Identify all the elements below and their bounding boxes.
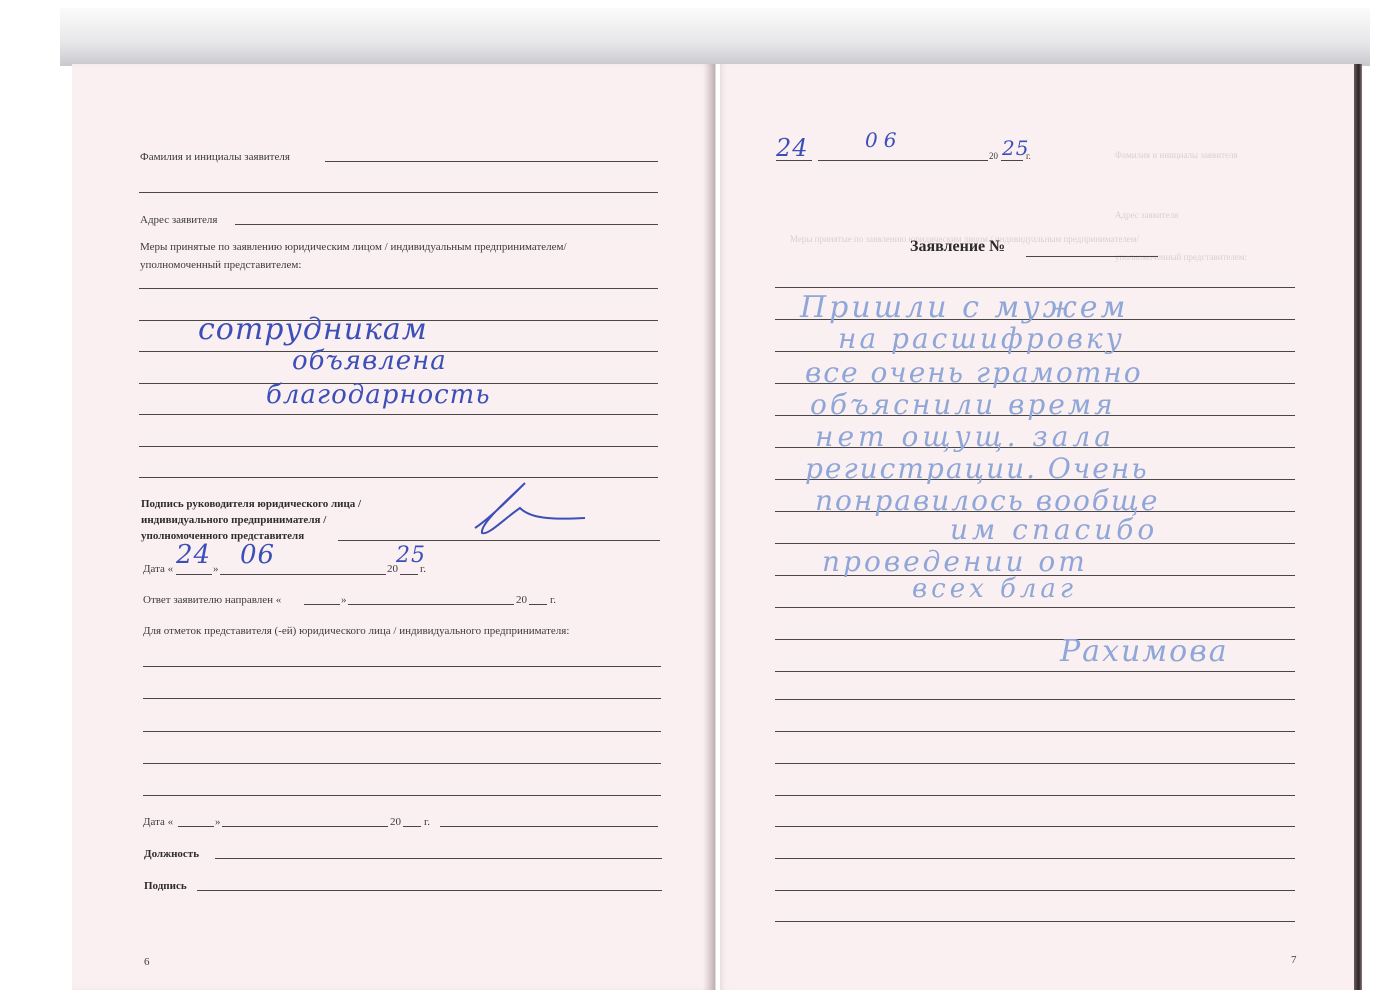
position-label: Должность <box>144 847 199 861</box>
date-month-field[interactable] <box>220 574 386 575</box>
sign-field[interactable] <box>197 890 662 891</box>
application-line[interactable] <box>775 890 1295 891</box>
date-month-handwritten: 06 <box>240 540 275 570</box>
application-handwritten-8: им спасибо <box>950 513 1158 546</box>
date-day-handwritten: 24 <box>176 540 211 570</box>
bleed-through-text: Фамилия и инициалы заявителя <box>1115 150 1238 160</box>
application-handwritten-6: регистрации. Очень <box>805 452 1149 485</box>
response-year-suffix: г. <box>550 593 556 607</box>
notes-line[interactable] <box>143 763 661 764</box>
page-number-right: 7 <box>1291 954 1297 966</box>
application-title: Заявление № <box>910 238 1005 256</box>
measures-handwritten-2: объявлена <box>292 346 447 376</box>
position-field[interactable] <box>215 858 662 859</box>
notes-line[interactable] <box>143 666 661 667</box>
right-date-year-field[interactable] <box>1001 160 1023 161</box>
applicant-name-field-line2[interactable] <box>139 192 658 193</box>
application-handwritten-5: нет ощущ. зала <box>815 420 1115 453</box>
measures-line[interactable] <box>139 446 658 447</box>
application-number-field[interactable] <box>1026 256 1158 257</box>
right-date-year-handwritten: 25 <box>1002 136 1029 160</box>
applicant-name-field[interactable] <box>325 161 658 162</box>
application-handwritten-4: объяснили время <box>810 388 1116 421</box>
response-quote: » <box>341 593 347 607</box>
application-handwritten-1: Пришли с мужем <box>800 290 1128 325</box>
right-date-day-handwritten: 24 <box>776 134 809 162</box>
date-day-field[interactable] <box>176 574 212 575</box>
response-day-field[interactable] <box>304 604 340 605</box>
right-date-month-handwritten: 06 <box>865 128 902 152</box>
scanner-background <box>60 8 1370 66</box>
application-line[interactable] <box>775 826 1295 827</box>
right-date-year-prefix: 20 <box>989 149 998 163</box>
right-date-month-field[interactable] <box>818 160 988 161</box>
measures-label-line1: Меры принятые по заявлению юридическим л… <box>140 240 567 254</box>
application-line[interactable] <box>775 671 1295 672</box>
applicant-address-field[interactable] <box>235 224 658 225</box>
date2-day-field[interactable] <box>178 826 214 827</box>
measures-handwritten-3: благодарность <box>266 380 491 410</box>
date-label: Дата « <box>143 562 173 576</box>
application-line[interactable] <box>775 699 1295 700</box>
application-line[interactable] <box>775 921 1295 922</box>
applicant-signature-handwritten: Рахимова <box>1060 634 1229 669</box>
application-line[interactable] <box>775 731 1295 732</box>
applicant-name-label: Фамилия и инициалы заявителя <box>140 150 290 164</box>
application-handwritten-10: всех благ <box>912 574 1077 604</box>
notes-line[interactable] <box>143 795 661 796</box>
date2-extra-field[interactable] <box>440 826 658 827</box>
measures-line[interactable] <box>139 288 658 289</box>
signature-label-line3: уполномоченного представителя <box>141 529 304 543</box>
signature-label-line2: индивидуального предпринимателя / <box>141 513 326 527</box>
date-quote: » <box>213 562 219 576</box>
signature-field[interactable] <box>338 540 660 541</box>
page-number-left: 6 <box>144 956 150 968</box>
measures-label-line2: уполномоченный представителем: <box>140 258 301 272</box>
date2-month-field[interactable] <box>222 826 388 827</box>
application-line[interactable] <box>775 795 1295 796</box>
signature-mark-icon <box>470 478 595 538</box>
bleed-through-text: уполномоченный представителем: <box>1115 252 1247 262</box>
application-line[interactable] <box>775 763 1295 764</box>
measures-handwritten-1: сотрудникам <box>198 312 428 347</box>
date2-year-prefix: 20 <box>390 815 401 829</box>
measures-line[interactable] <box>139 414 658 415</box>
date-year-field[interactable] <box>400 574 418 575</box>
notes-line[interactable] <box>143 698 661 699</box>
response-month-field[interactable] <box>348 604 514 605</box>
response-label: Ответ заявителю направлен « <box>143 593 281 607</box>
application-handwritten-2: на расшифровку <box>838 322 1125 355</box>
date2-year-suffix: г. <box>424 815 430 829</box>
sign-label: Подпись <box>144 879 187 893</box>
date2-label: Дата « <box>143 815 173 829</box>
signature-label-line1: Подпись руководителя юридического лица / <box>141 497 361 511</box>
application-line[interactable] <box>775 287 1295 288</box>
response-year-field[interactable] <box>529 604 547 605</box>
applicant-address-label: Адрес заявителя <box>140 213 217 227</box>
date2-quote: » <box>215 815 221 829</box>
bleed-through-text: Адрес заявителя <box>1115 210 1178 220</box>
notes-line[interactable] <box>143 731 661 732</box>
binding-shadow <box>703 64 715 990</box>
application-handwritten-3: все очень грамотно <box>805 356 1143 389</box>
application-line[interactable] <box>775 858 1295 859</box>
book-edge <box>1354 64 1362 990</box>
response-year-prefix: 20 <box>516 593 527 607</box>
date2-year-field[interactable] <box>403 826 421 827</box>
date-year-handwritten: 25 <box>396 543 426 568</box>
notes-label: Для отметок представителя (-ей) юридичес… <box>143 624 569 638</box>
application-line[interactable] <box>775 607 1295 608</box>
